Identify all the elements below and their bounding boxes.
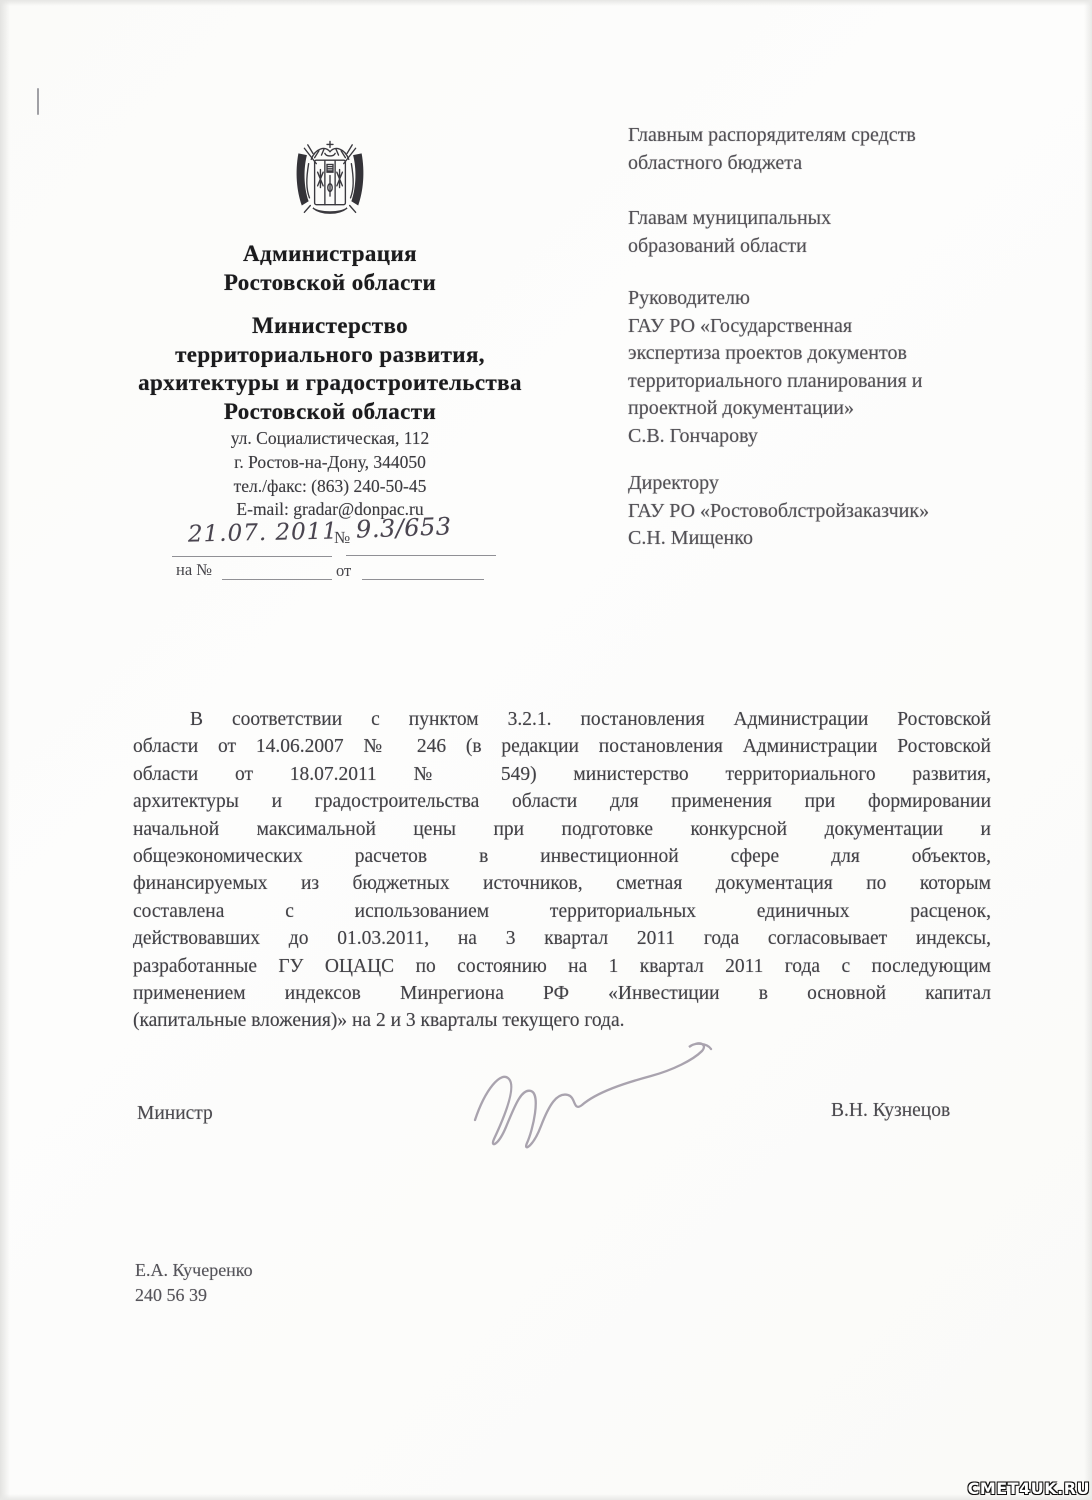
body-line: В соответствии с пунктом 3.2.1. постанов… <box>133 706 991 733</box>
address-street: ул. Социалистическая, 112 <box>110 427 550 451</box>
letterhead-line: территориального развития, <box>110 341 550 370</box>
recipient-line: экспертиза проектов документов <box>628 340 1048 368</box>
executor-contact: Е.А. Кучеренко 240 56 39 <box>135 1258 253 1308</box>
recipient-municipal-heads: Главам муниципальных образований области <box>628 205 1048 260</box>
recipient-line: С.Н. Мищенко <box>628 525 1048 553</box>
letterhead-line: Ростовской области <box>110 398 550 427</box>
body-line: финансируемых из бюджетных источников, с… <box>133 870 991 897</box>
site-watermark: CMET4UK.RU <box>968 1479 1090 1498</box>
letterhead-address: ул. Социалистическая, 112 г. Ростов-на-Д… <box>110 427 550 522</box>
reply-date-underline <box>362 579 484 580</box>
recipient-line: областного бюджета <box>628 150 1048 178</box>
number-sign-label: № <box>334 528 350 548</box>
letterhead-line: Администрация <box>110 240 550 269</box>
recipient-line: ГАУ РО «Ростовоблстройзаказчик» <box>628 498 1048 526</box>
handwritten-outgoing-number: 9.3/653 <box>356 512 452 543</box>
signer-position-title: Министр <box>137 1103 213 1125</box>
address-city: г. Ростов-на-Дону, 344050 <box>110 451 550 475</box>
reply-from-label: от <box>336 561 351 581</box>
body-line: области от 14.06.2007 № 246 (в редакции … <box>133 733 991 760</box>
number-underline <box>346 555 496 556</box>
body-line: начальной максимальной цены при подготов… <box>133 816 991 843</box>
body-line: действовавших до 01.03.2011, на 3 кварта… <box>133 925 991 952</box>
date-underline <box>172 556 332 557</box>
letterhead-line: Ростовской области <box>110 269 550 298</box>
body-line: архитектуры и градостроительства области… <box>133 788 991 815</box>
scanned-letter-page: Администрация Ростовской области Министе… <box>0 0 1092 1500</box>
letterhead-line: архитектуры и градостроительства <box>110 369 550 398</box>
recipient-line: Руководителю <box>628 285 1048 313</box>
body-line: области от 18.07.2011 № 549) министерств… <box>133 761 991 788</box>
executor-name: Е.А. Кучеренко <box>135 1258 253 1283</box>
recipient-line: Директору <box>628 470 1048 498</box>
recipient-line: Главным распорядителям средств <box>628 122 1048 150</box>
recipient-line: образований области <box>628 233 1048 261</box>
signer-name: В.Н. Кузнецов <box>831 1100 950 1122</box>
rostov-oblast-coat-of-arms-icon <box>281 138 379 232</box>
letterhead-line: Министерство <box>110 312 550 341</box>
recipient-line: С.В. Гончарову <box>628 423 1048 451</box>
reply-to-number-label: на № <box>176 560 212 580</box>
stray-pen-mark <box>37 88 39 115</box>
scan-edge-bottom <box>0 1494 1092 1500</box>
recipient-expertiza-head: Руководителю ГАУ РО «Государственная экс… <box>628 285 1048 450</box>
body-line: составлена с использованием территориаль… <box>133 898 991 925</box>
recipient-line: территориального планирования и <box>628 368 1048 396</box>
handwritten-date: 21.07. 2011 <box>188 518 339 547</box>
letterhead-administration: Администрация Ростовской области <box>110 240 550 297</box>
body-line: применением индексов Минрегиона РФ «Инве… <box>133 980 991 1007</box>
reply-number-underline <box>222 579 332 580</box>
address-phone: тел./факс: (863) 240-50-45 <box>110 475 550 499</box>
recipient-line: проектной документации» <box>628 395 1048 423</box>
recipient-line: Главам муниципальных <box>628 205 1048 233</box>
scan-edge-right <box>1084 0 1092 1500</box>
handwritten-signature-icon <box>455 1030 725 1155</box>
body-line: общеэкономических расчетов в инвестицион… <box>133 843 991 870</box>
recipient-line: ГАУ РО «Государственная <box>628 313 1048 341</box>
recipient-stroyzakazchik-director: Директору ГАУ РО «Ростовоблстройзаказчик… <box>628 470 1048 553</box>
letterhead-ministry: Министерство территориального развития, … <box>110 312 550 426</box>
recipient-budget-managers: Главным распорядителям средств областног… <box>628 122 1048 177</box>
body-line: разработанные ГУ ОЦАЦС по состоянию на 1… <box>133 953 991 980</box>
scan-edge-top <box>0 0 1092 6</box>
scan-edge-left <box>0 0 10 1500</box>
executor-phone: 240 56 39 <box>135 1283 253 1308</box>
letter-body: В соответствии с пунктом 3.2.1. постанов… <box>133 706 991 1035</box>
